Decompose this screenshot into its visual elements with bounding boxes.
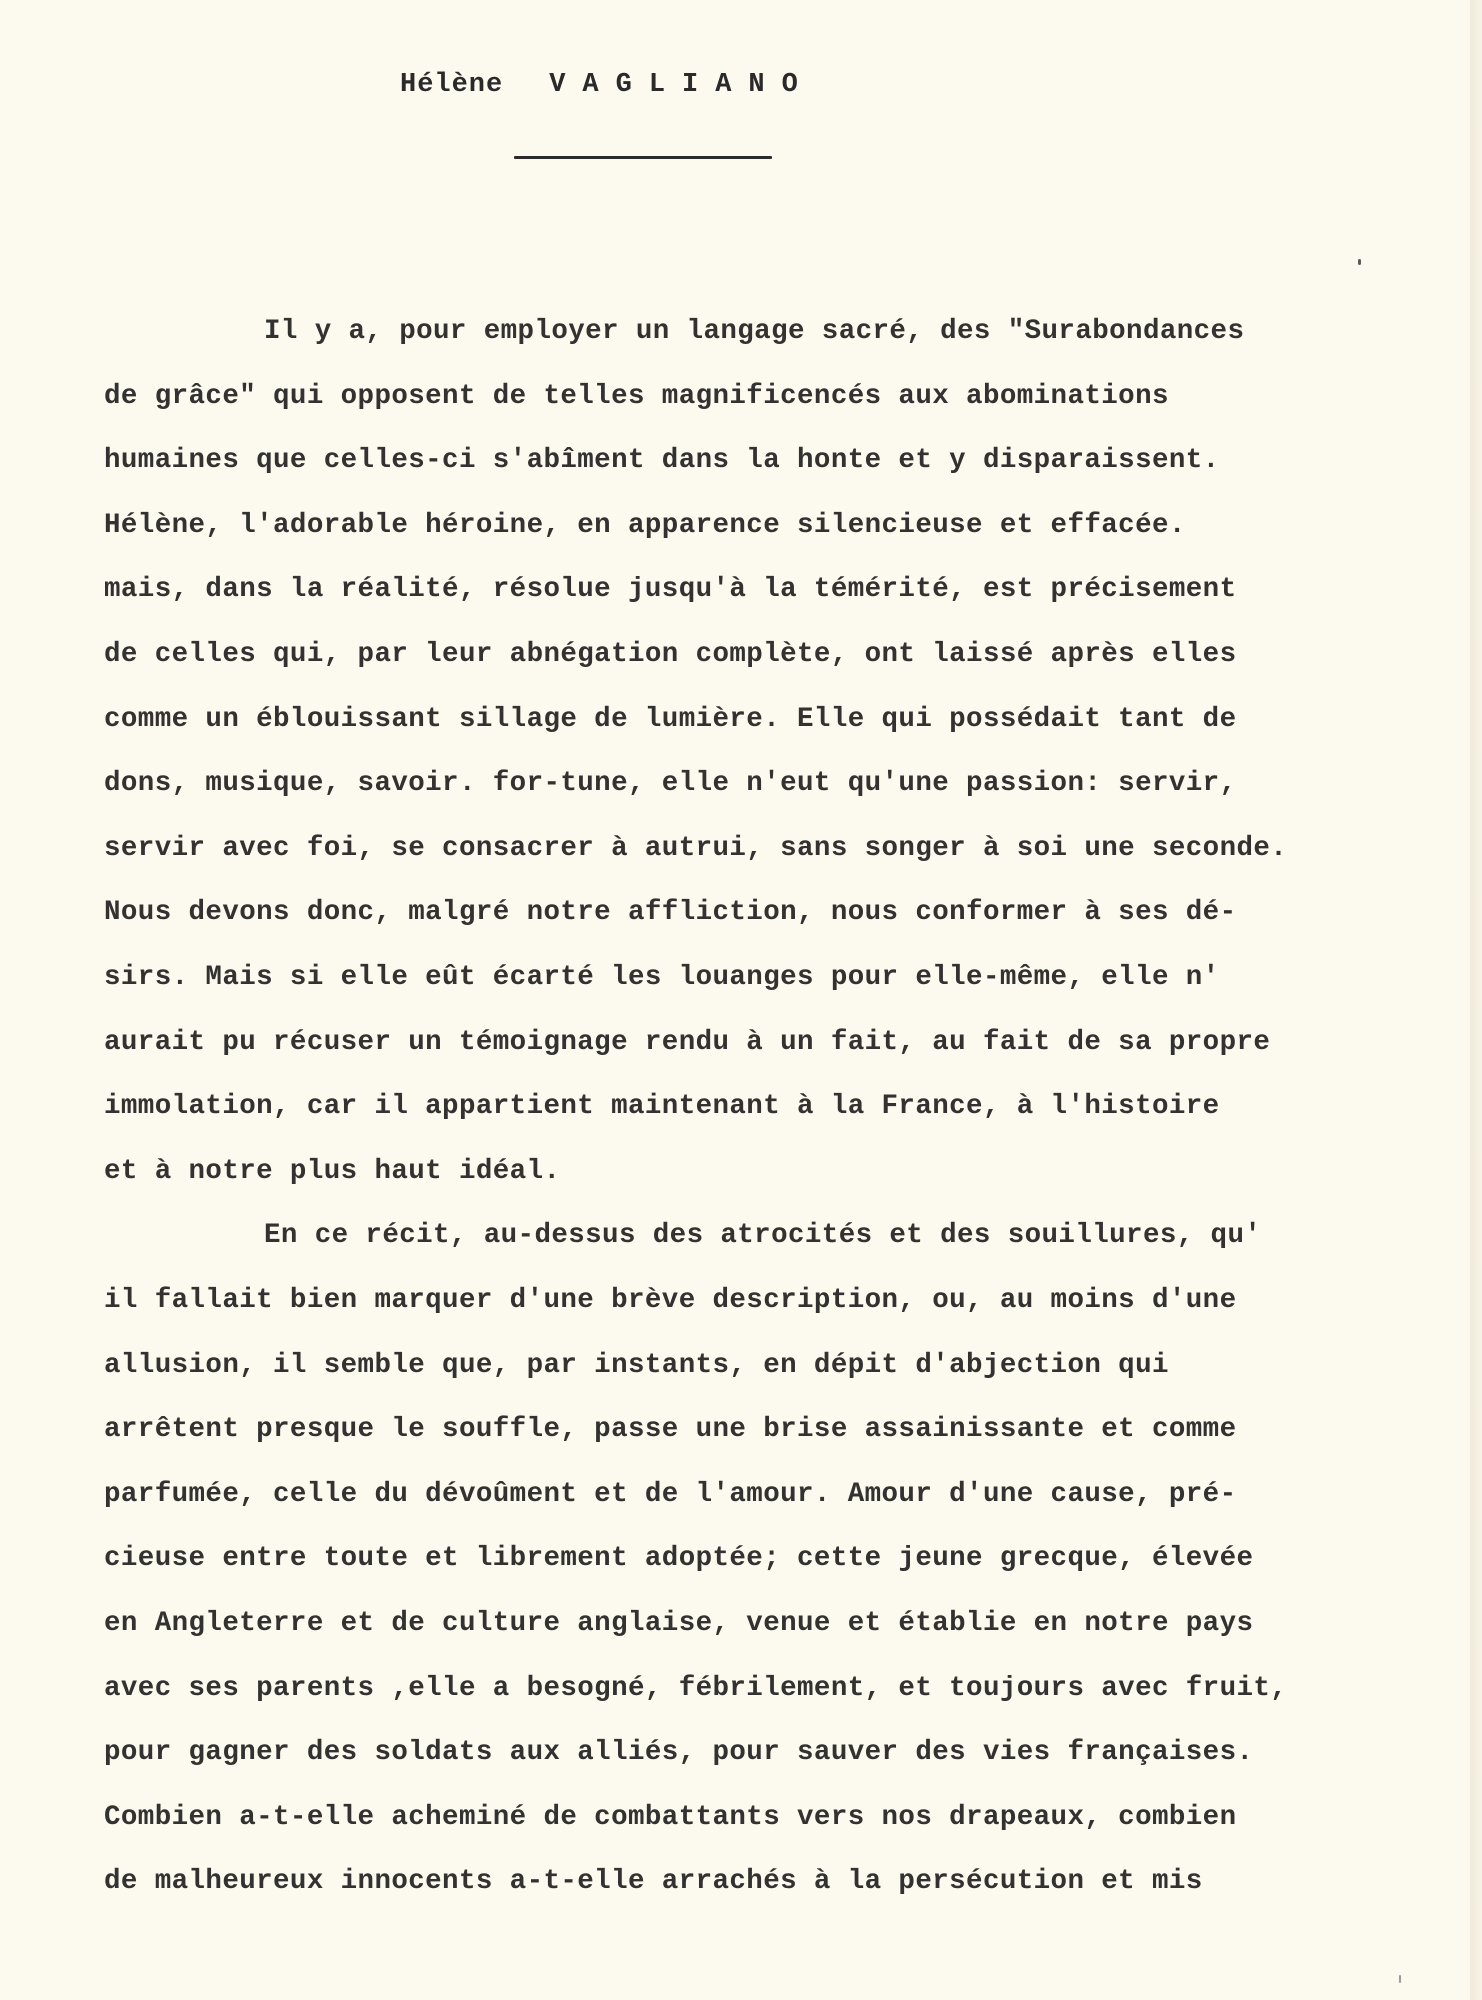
document-title: HélèneVAGLIANO	[400, 70, 815, 100]
text-line: arrêtent presque le souffle, passe une b…	[104, 1416, 1236, 1444]
paragraph-first-line: Il y a, pour employer un langage sacré, …	[264, 318, 1244, 346]
text-line: Hélène, l'adorable héroine, en apparence…	[104, 512, 1186, 540]
text-line: mais, dans la réalité, résolue jusqu'à l…	[104, 576, 1236, 604]
text-line: sirs. Mais si elle eût écarté les louang…	[104, 964, 1220, 992]
ink-speck	[1399, 1975, 1401, 1983]
text-line: de malheureux innocents a-t-elle arraché…	[104, 1868, 1203, 1896]
text-line: allusion, il semble que, par instants, e…	[104, 1352, 1169, 1380]
text-line: Nous devons donc, malgré notre afflictio…	[104, 899, 1236, 927]
page-edge-shadow	[1470, 0, 1482, 2000]
title-underline	[514, 156, 772, 159]
text-line: il fallait bien marquer d'une brève desc…	[104, 1287, 1236, 1315]
text-line: parfumée, celle du dévoûment et de l'amo…	[104, 1481, 1236, 1509]
text-line: de grâce" qui opposent de telles magnifi…	[104, 383, 1169, 411]
text-line: comme un éblouissant sillage de lumière.…	[104, 706, 1236, 734]
text-line: avec ses parents ,elle a besogné, fébril…	[104, 1675, 1287, 1703]
typewritten-page: HélèneVAGLIANO Il y a, pour employer un …	[0, 0, 1470, 2000]
text-line: dons, musique, savoir. for-tune, elle n'…	[104, 770, 1236, 798]
text-line: en Angleterre et de culture anglaise, ve…	[104, 1610, 1253, 1638]
title-given-name: Hélène	[400, 70, 503, 100]
title-surname: VAGLIANO	[549, 70, 815, 100]
text-line: aurait pu récuser un témoignage rendu à …	[104, 1029, 1270, 1057]
text-line: servir avec foi, se consacrer à autrui, …	[104, 835, 1287, 863]
paragraph-first-line: En ce récit, au-dessus des atrocités et …	[264, 1222, 1261, 1250]
text-line: pour gagner des soldats aux alliés, pour…	[104, 1739, 1253, 1767]
text-line: cieuse entre toute et librement adoptée;…	[104, 1545, 1253, 1573]
text-line: Combien a-t-elle acheminé de combattants…	[104, 1804, 1236, 1832]
text-line: et à notre plus haut idéal.	[104, 1158, 560, 1186]
ink-speck	[1358, 259, 1361, 265]
text-line: immolation, car il appartient maintenant…	[104, 1093, 1220, 1121]
text-line: de celles qui, par leur abnégation compl…	[104, 641, 1236, 669]
text-line: humaines que celles-ci s'abîment dans la…	[104, 447, 1220, 475]
